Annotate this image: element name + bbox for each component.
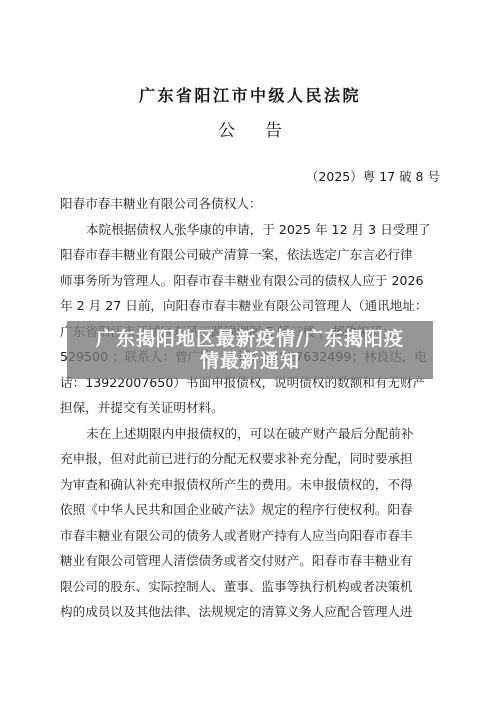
- body-line: 未在上述期限内申报债权的，可以在破产财产最后分配前补: [60, 421, 441, 447]
- document-page: 广东省阳江市中级人民法院 公告 （2025）粤 17 破 8 号 阳春市春丰糖业…: [0, 0, 500, 706]
- notice-title-char-2: 告: [265, 120, 282, 142]
- body-line: 糖业有限公司管理人清偿债务或者交付财产。阳春市春丰糖业有: [60, 548, 441, 574]
- body-line: 担保，并提交有关证明材料。: [60, 395, 441, 421]
- body-line: 年 2 月 27 日前，向阳春市春丰糖业有限公司管理人（通讯地址：: [60, 293, 441, 319]
- body-line: 师事务所为管理人。阳春市春丰糖业有限公司的债权人应于 2026: [60, 268, 441, 294]
- notice-body: 阳春市春丰糖业有限公司各债权人： 本院根据债权人张华康的申请，于 2025 年 …: [60, 191, 441, 625]
- body-line: 为审查和确认补充申报债权所产生的费用。未申报债权的，不得: [60, 472, 441, 498]
- overlay-headline-line-2: 情最新通知: [200, 350, 300, 372]
- body-line: 限公司的股东、实际控制人、董事、监事等执行机构或者决策机: [60, 574, 441, 600]
- body-line: 阳春市春丰糖业有限公司破产清算一案，依法选定广东言必行律: [60, 242, 441, 268]
- notice-title: 公告: [0, 120, 500, 142]
- body-line: 构的成员以及其他法律、法规规定的清算义务人应配合管理人进: [60, 599, 441, 625]
- body-line: 依照《中华人民共和国企业破产法》规定的程序行使权利。阳春: [60, 497, 441, 523]
- body-line: 本院根据债权人张华康的申请，于 2025 年 12 月 3 日受理了: [60, 217, 441, 243]
- case-number: （2025）粤 17 破 8 号: [306, 168, 440, 186]
- notice-title-char-1: 公: [218, 120, 235, 142]
- addressee-line: 阳春市春丰糖业有限公司各债权人：: [60, 191, 441, 217]
- court-name-heading: 广东省阳江市中级人民法院: [0, 86, 500, 106]
- body-line: 市春丰糖业有限公司的债务人或者财产持有人应当向阳春市春丰: [60, 523, 441, 549]
- body-line: 充申报，但对此前已进行的分配无权要求补充分配，同时要承担: [60, 446, 441, 472]
- overlay-headline-line-1: 广东揭阳地区最新疫情/广东揭阳疫: [96, 328, 404, 350]
- headline-overlay-banner[interactable]: 广东揭阳地区最新疫情/广东揭阳疫 情最新通知: [67, 321, 433, 379]
